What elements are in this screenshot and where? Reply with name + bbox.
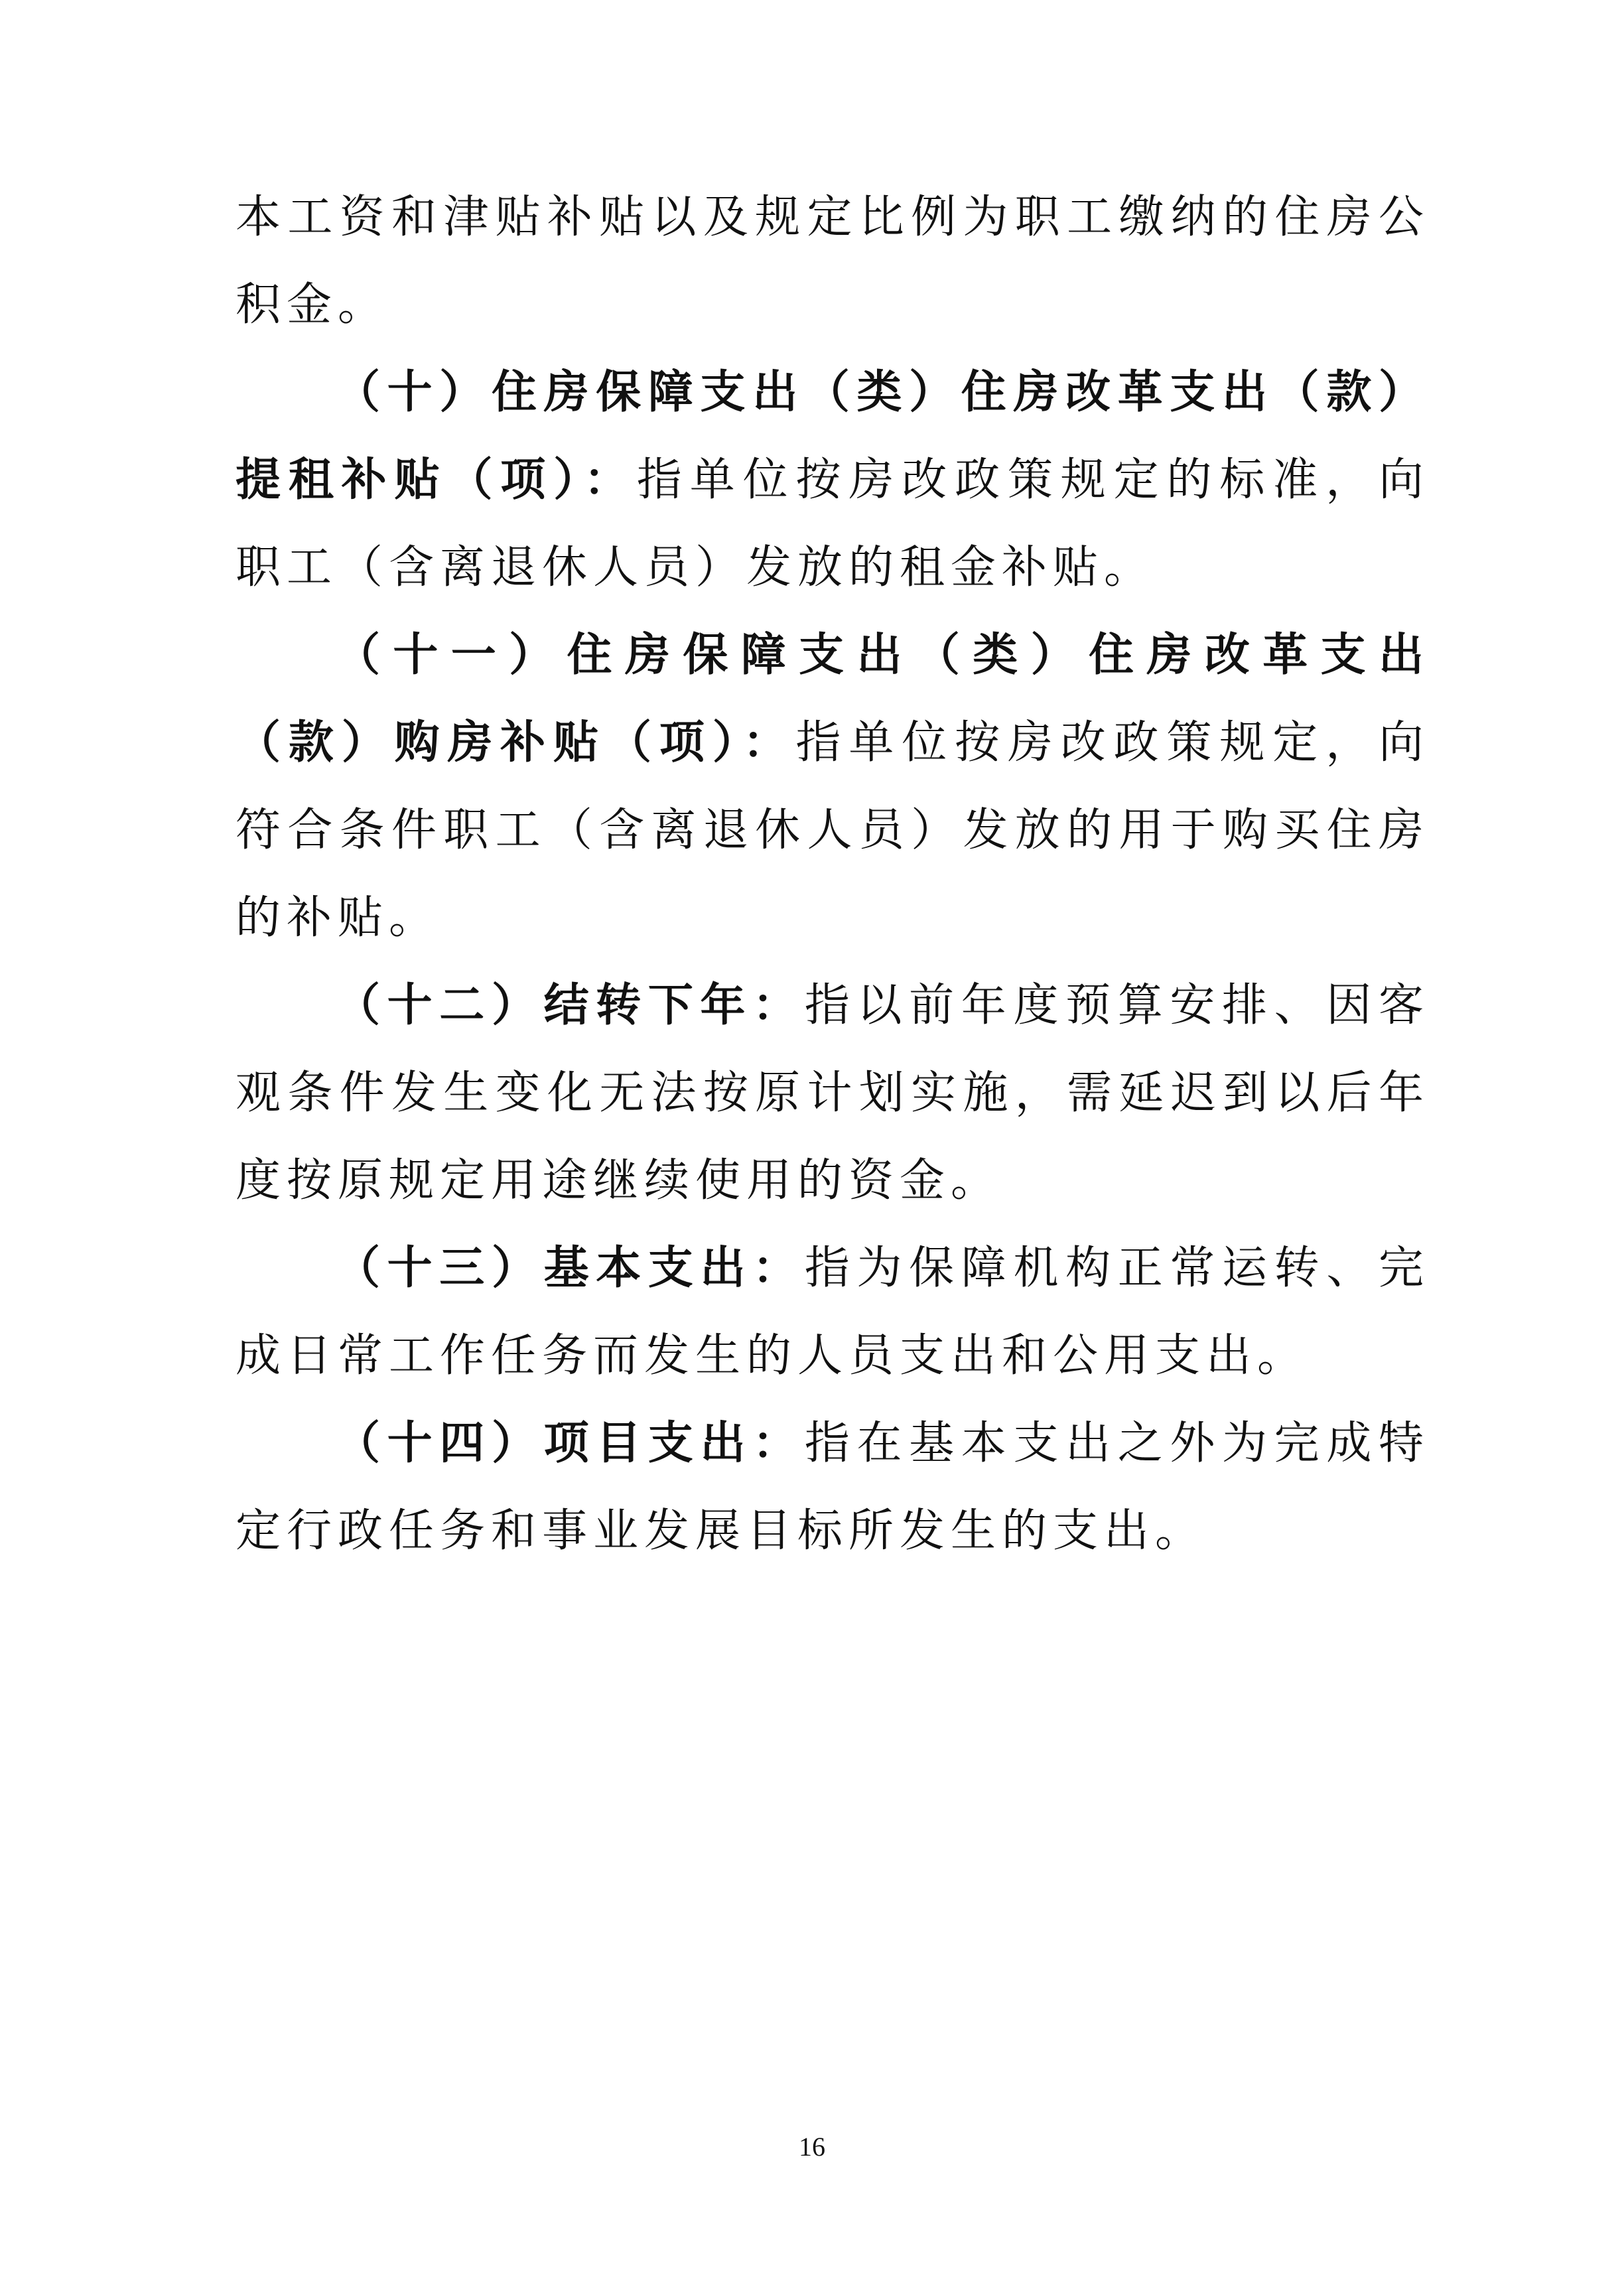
page-number: 16: [0, 2131, 1624, 2162]
paragraph-term: （十二）结转下年：: [335, 979, 805, 1032]
document-body: 本工资和津贴补贴以及规定比例为职工缴纳的住房公积金。 （十）住房保障支出（类）住…: [236, 174, 1430, 1575]
paragraph-carryover: （十二）结转下年：指以前年度预算安排、因客观条件发生变化无法按原计划实施，需延迟…: [236, 962, 1430, 1225]
paragraph-continuation: 本工资和津贴补贴以及规定比例为职工缴纳的住房公积金。: [236, 174, 1430, 349]
document-page: 本工资和津贴补贴以及规定比例为职工缴纳的住房公积金。 （十）住房保障支出（类）住…: [0, 0, 1624, 2293]
paragraph-housing-purchase-subsidy: （十一）住房保障支出（类）住房改革支出（款）购房补贴（项）：指单位按房改政策规定…: [236, 612, 1430, 962]
paragraph-text: 本工资和津贴补贴以及规定比例为职工缴纳的住房公积金。: [236, 191, 1430, 331]
paragraph-project-expenditure: （十四）项目支出：指在基本支出之外为完成特定行政任务和事业发展目标所发生的支出。: [236, 1400, 1430, 1575]
paragraph-basic-expenditure: （十三）基本支出：指为保障机构正常运转、完成日常工作任务而发生的人员支出和公用支…: [236, 1225, 1430, 1400]
paragraph-rent-subsidy: （十）住房保障支出（类）住房改革支出（款）提租补贴（项）：指单位按房改政策规定的…: [236, 349, 1430, 612]
paragraph-term: （十三）基本支出：: [335, 1242, 805, 1294]
paragraph-term: （十四）项目支出：: [335, 1417, 805, 1470]
